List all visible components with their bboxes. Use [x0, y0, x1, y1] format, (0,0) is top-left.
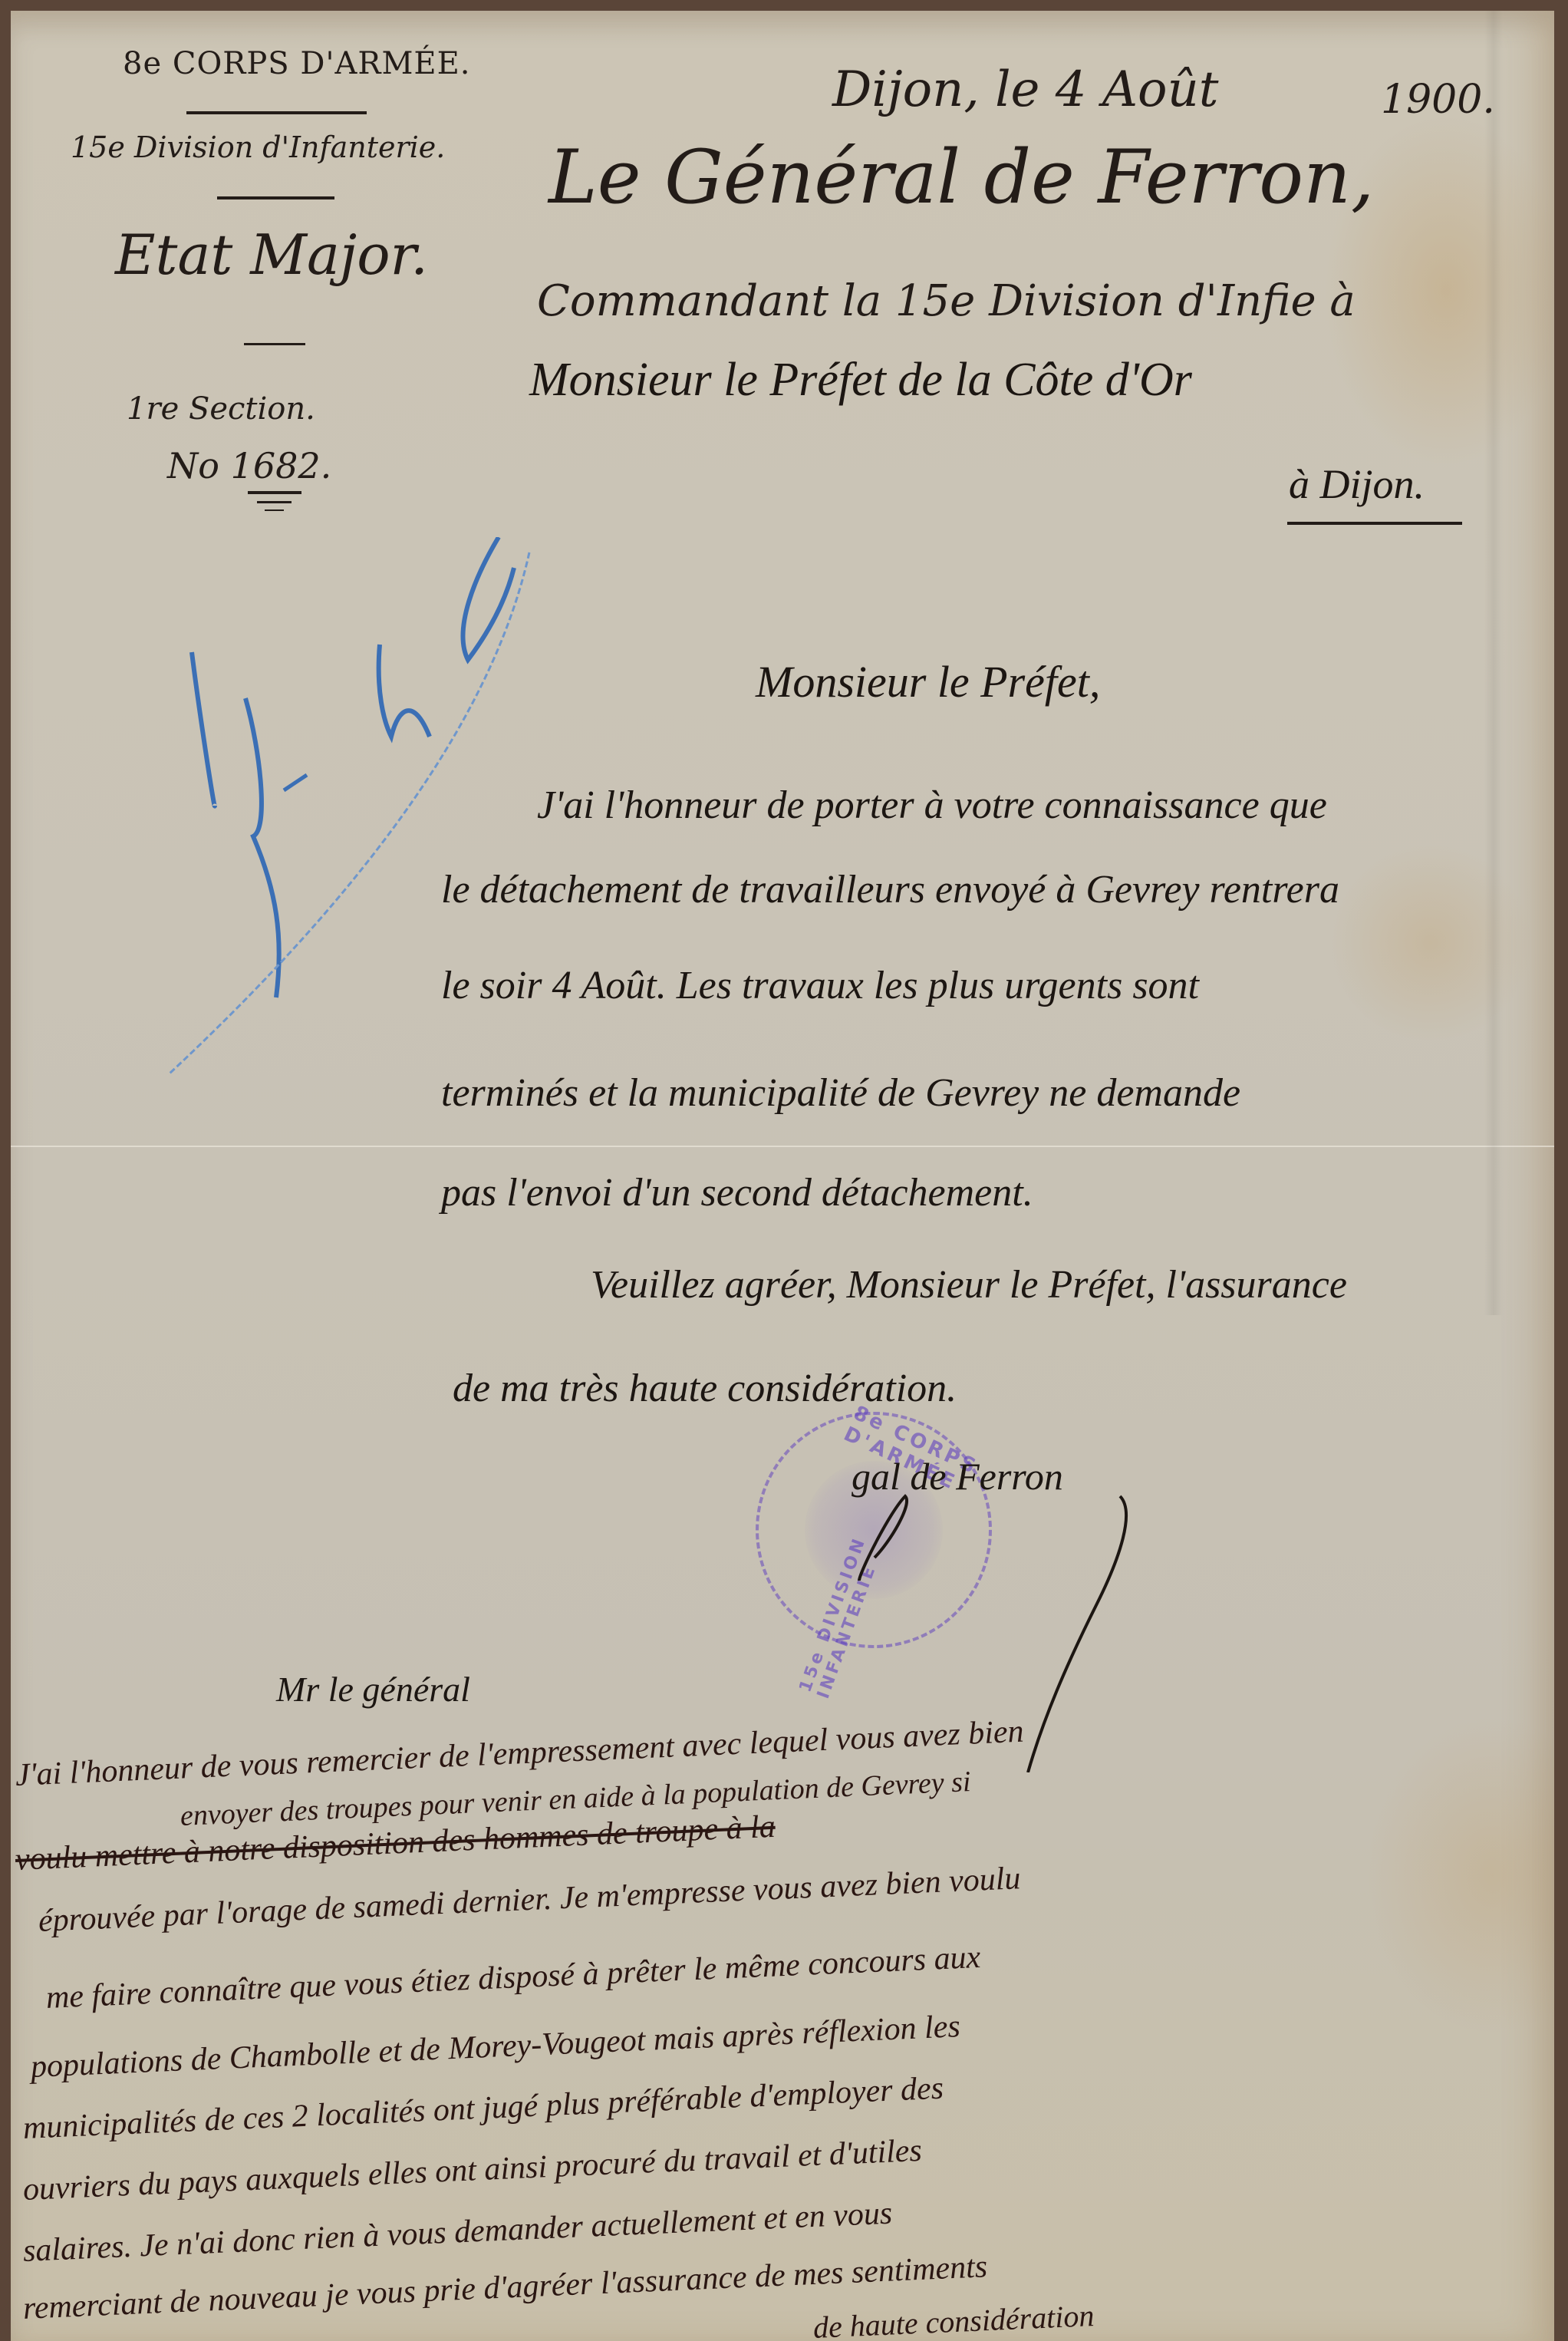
closing-line: Veuillez agréer, Monsieur le Préfet, l'a… [591, 1262, 1347, 1307]
divider-rule [244, 343, 305, 345]
place-date: Dijon, le 4 Août [832, 61, 1219, 118]
paper-fold-vertical [1484, 11, 1503, 1315]
body-line: terminés et la municipalité de Gevrey ne… [441, 1070, 1240, 1116]
closing-line: de ma très haute considération. [453, 1366, 957, 1411]
divider-rule [248, 491, 301, 494]
draft-salutation: Mr le général [276, 1669, 470, 1710]
divider-rule [217, 196, 334, 199]
reference-number: No 1682. [167, 445, 331, 486]
divider-rule [186, 111, 367, 114]
body-line: pas l'envoi d'un second détachement. [441, 1170, 1033, 1215]
body-line: J'ai l'honneur de porter à votre connais… [537, 783, 1327, 828]
divider-rule [265, 509, 284, 511]
body-line: le détachement de travailleurs envoyé à … [441, 867, 1339, 912]
salutation: Monsieur le Préfet, [756, 656, 1100, 707]
year: 1900. [1381, 77, 1495, 123]
recipient-city: à Dijon. [1289, 460, 1425, 508]
sender-title: Commandant la 15e Division d'Infie à [537, 276, 1356, 326]
body-line: le soir 4 Août. Les travaux les plus urg… [441, 963, 1199, 1008]
divider-rule [257, 501, 292, 503]
paper-fold-horizontal [11, 1146, 1554, 1147]
etat-major-heading: Etat Major. [115, 223, 428, 287]
section-label: 1re Section. [127, 391, 315, 427]
division-heading: 15e Division d'Infanterie. [71, 130, 445, 164]
recipient: Monsieur le Préfet de la Côte d'Or [529, 353, 1192, 407]
city-underline [1287, 522, 1462, 525]
corps-heading: 8e CORPS D'ARMÉE. [123, 46, 471, 81]
sender-name: Le Général de Ferron, [548, 134, 1374, 220]
